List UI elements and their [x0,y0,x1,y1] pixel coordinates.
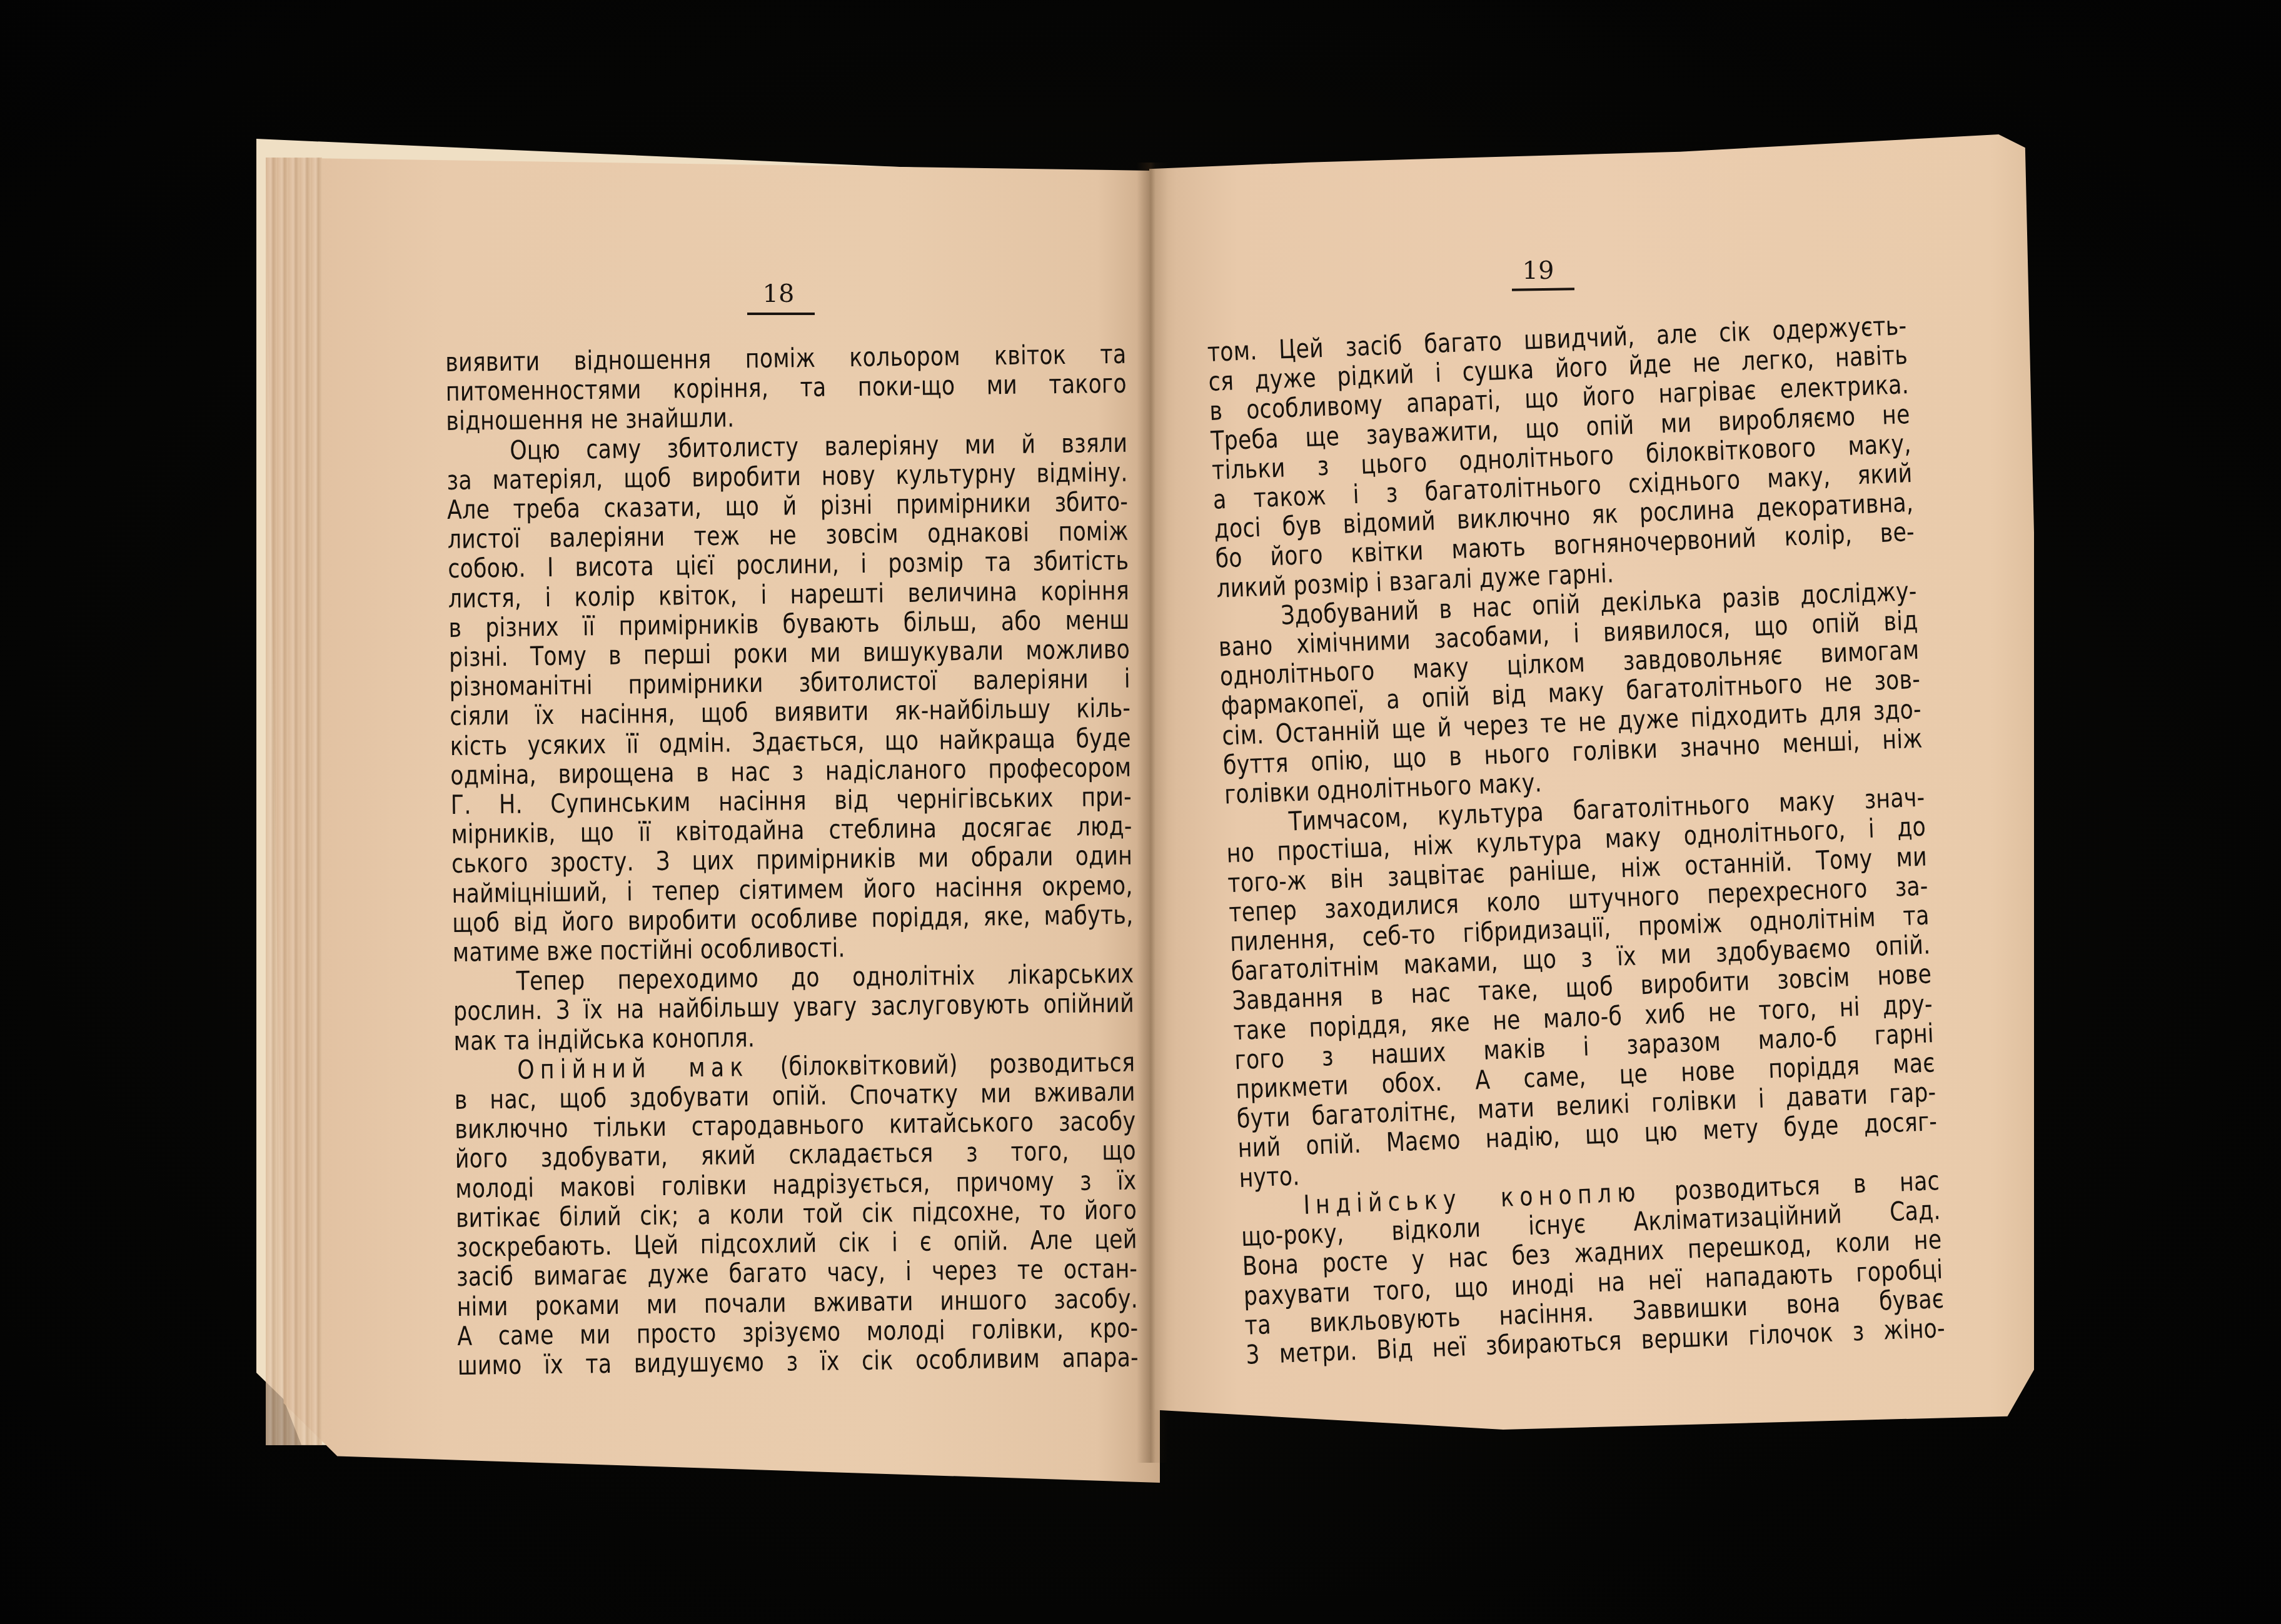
left-page-number: 18 [747,279,810,308]
right-page-number: 19 [1507,256,1569,285]
left-page-text-block: виявити відношення поміж кольором квіток… [445,339,1139,1380]
spine-gutter-shadow [1137,163,1168,1463]
right-page-text-block: том. Цей засіб багато швидчий, але сік о… [1207,311,1946,1370]
book-photo-background: 18 виявити відношення поміж кольором кві… [0,0,2281,1624]
left-page-stack-edges [266,158,322,1445]
spaced-emphasis: Опійний мак [517,1051,749,1085]
left-page-number-rule [747,313,815,315]
